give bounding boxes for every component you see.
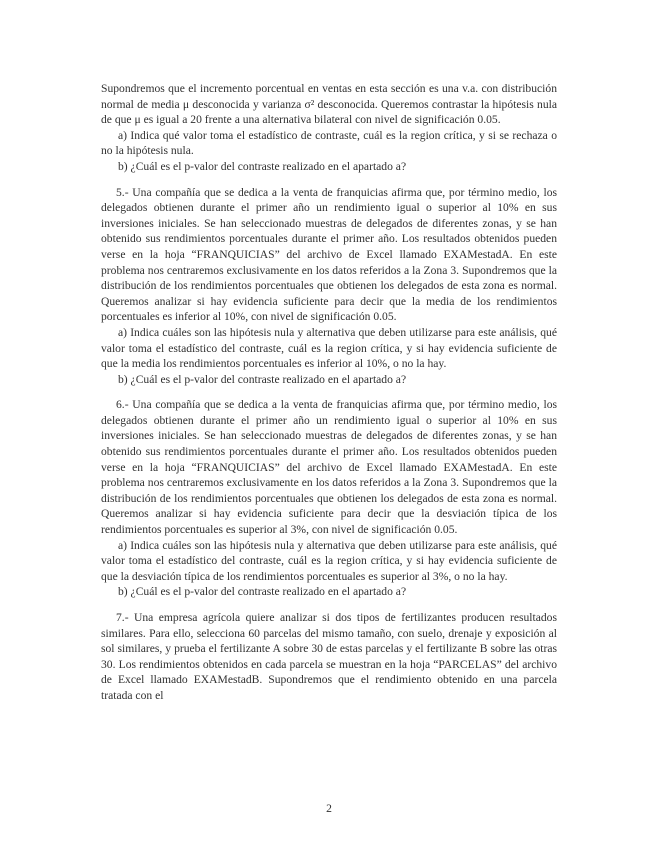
item-paragraph: b) ¿Cuál es el p-valor del contraste rea… — [101, 372, 557, 388]
body-paragraph: Supondremos que el incremento porcentual… — [101, 81, 557, 128]
problem-paragraph: 7.- Una empresa agrícola quiere analizar… — [101, 610, 557, 704]
item-paragraph: a) Indica cuáles son las hipótesis nula … — [101, 325, 557, 372]
item-paragraph: a) Indica cuáles son las hipótesis nula … — [101, 538, 557, 585]
item-paragraph: b) ¿Cuál es el p-valor del contraste rea… — [101, 584, 557, 600]
text-block: Supondremos que el incremento porcentual… — [101, 81, 557, 704]
problem-paragraph: 6.- Una compañía que se dedica a la vent… — [101, 397, 557, 537]
page-number: 2 — [101, 802, 557, 815]
item-paragraph: a) Indica qué valor toma el estadístico … — [101, 128, 557, 159]
item-paragraph: b) ¿Cuál es el p-valor del contraste rea… — [101, 159, 557, 175]
problem-paragraph: 5.- Una compañía que se dedica a la vent… — [101, 185, 557, 325]
